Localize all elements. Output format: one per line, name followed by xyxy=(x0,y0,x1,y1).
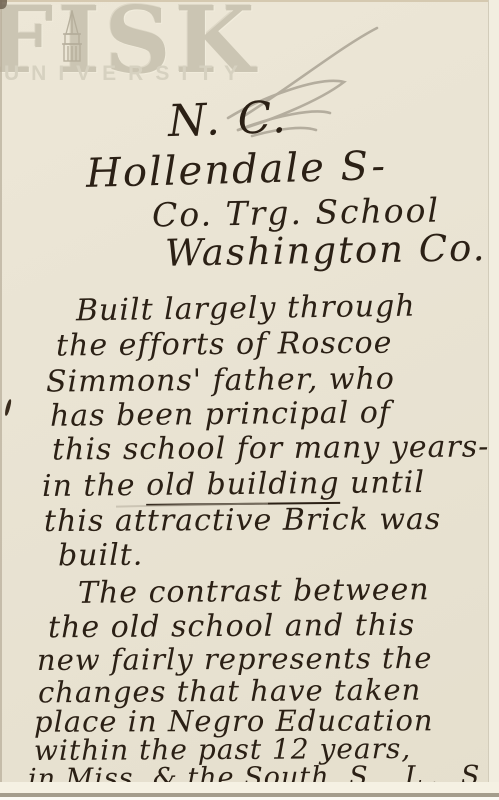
body-line: built. xyxy=(58,541,144,572)
scan-edge-top xyxy=(0,0,499,2)
fisk-university-subtext: UNIVERSITY xyxy=(4,62,250,86)
jubilee-hall-tower-icon xyxy=(55,10,89,62)
body-line: this attractive Brick was xyxy=(44,505,441,537)
body-line: The contrast between xyxy=(78,575,430,609)
body-line: this school for many years- xyxy=(52,432,490,465)
scan-edge-right xyxy=(488,0,499,800)
body-line: the efforts of Roscoe xyxy=(56,329,393,362)
body-line: has been principal of xyxy=(50,398,391,432)
underlined-phrase: old building xyxy=(146,466,340,506)
heading-line-school-name: Hollendale S- xyxy=(86,146,388,194)
ink-fleck xyxy=(4,399,12,416)
heading-line-county: Washington Co. xyxy=(165,229,487,272)
scanned-note-card: FISK UNIVERSITY N. C. Hollendale S- Co. … xyxy=(0,0,499,800)
heading-line-state: N. C. xyxy=(167,96,288,144)
underline-pre-text: in the xyxy=(42,468,146,504)
body-line: Built largely through xyxy=(76,292,416,327)
body-line: the old school and this xyxy=(48,611,415,644)
body-line: new fairly represents the xyxy=(37,644,433,675)
body-line: Simmons' father, who xyxy=(46,364,395,397)
heading-line-school-type: Co. Trg. School xyxy=(152,193,441,231)
scan-edge-left xyxy=(0,0,2,800)
body-line-with-underline: in the old building until xyxy=(42,468,425,502)
underline-post-text: until xyxy=(339,465,425,501)
